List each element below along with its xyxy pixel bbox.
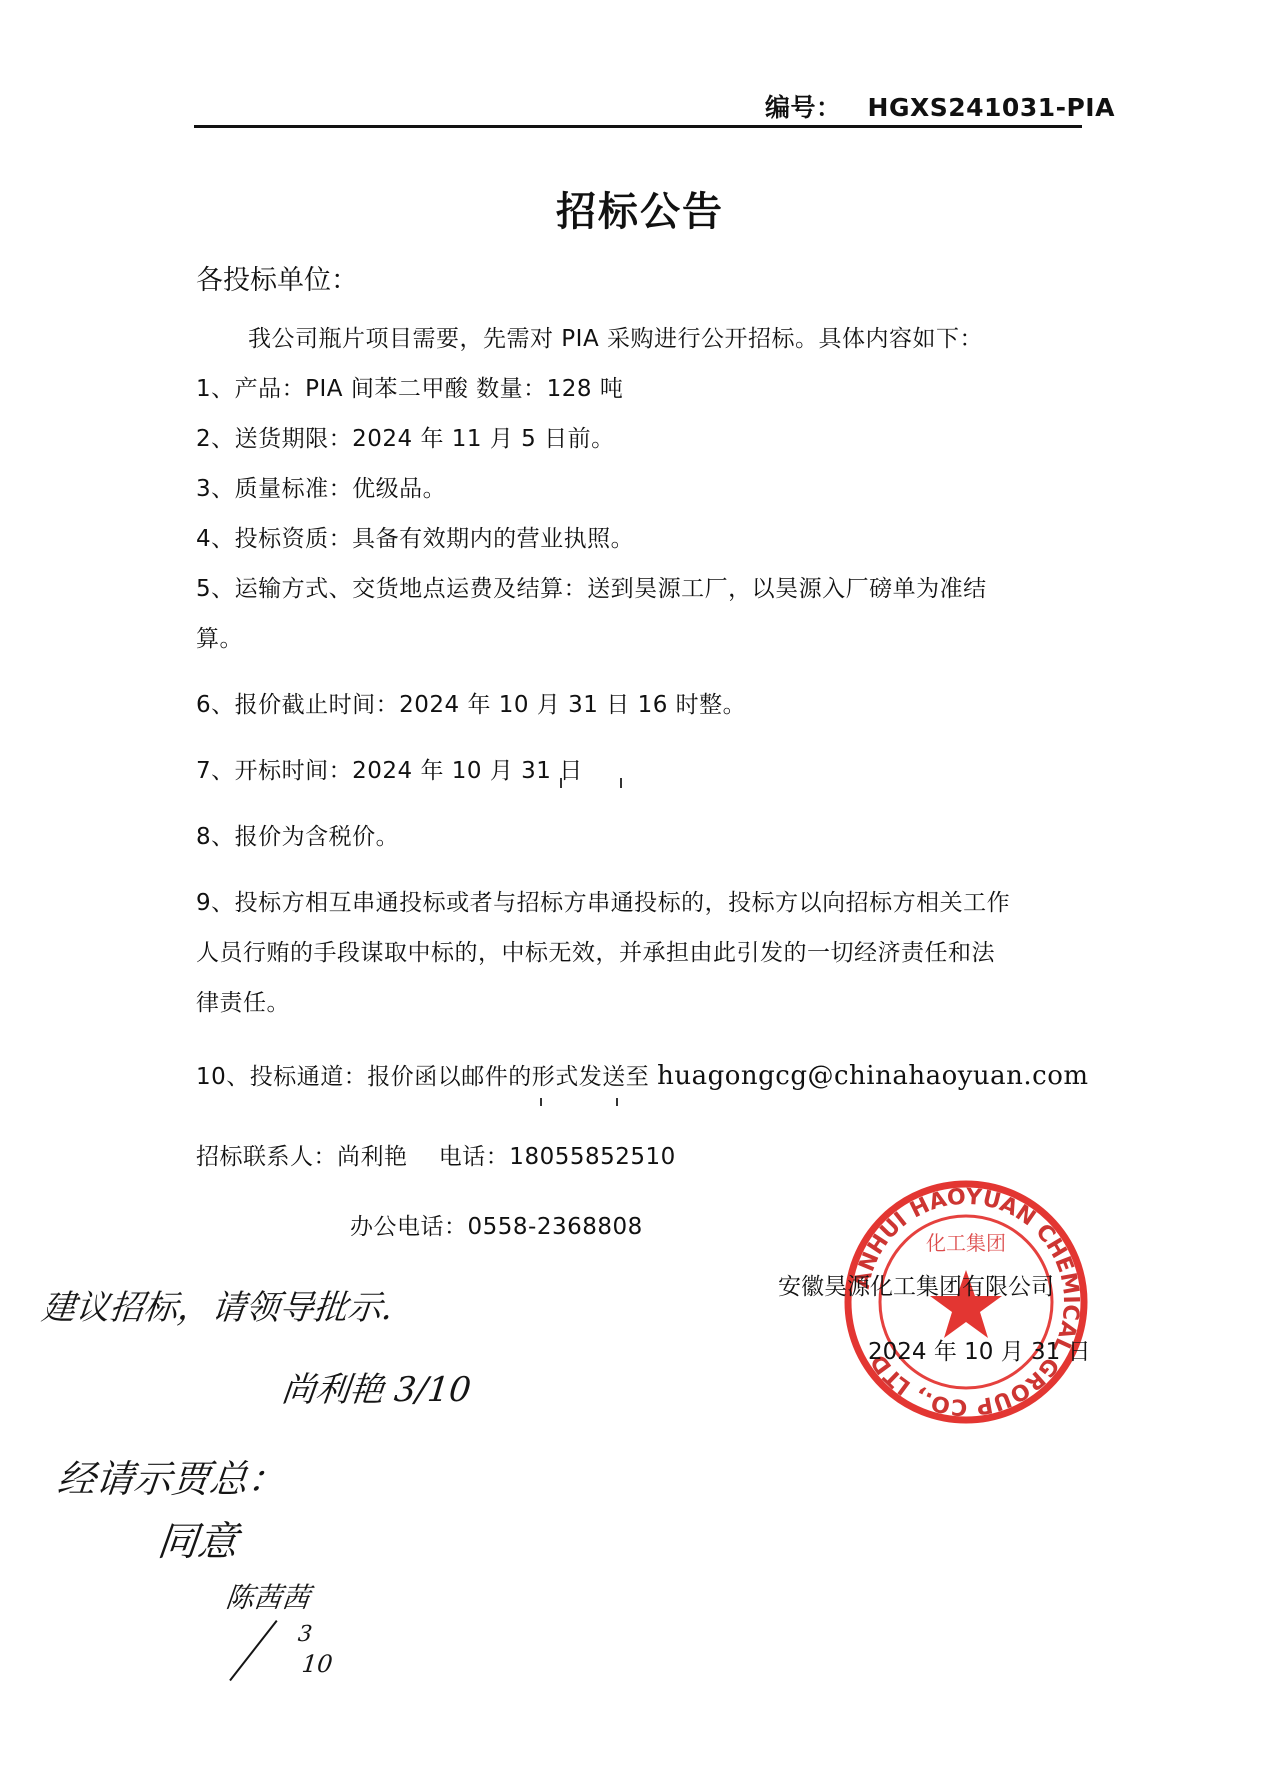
page-title: 招标公告 — [0, 180, 1280, 237]
handwritten-approval: 同意 — [155, 1510, 241, 1567]
handwritten-date-bottom: 10 — [301, 1650, 334, 1678]
item-7: 7、开标时间：2024 年 10 月 31 日 — [196, 752, 583, 785]
handwritten-date-slash — [229, 1620, 277, 1681]
handwritten-signature-1: 尚利艳 3/10 — [279, 1362, 473, 1411]
issuer-company: 安徽昊源化工集团有限公司 — [778, 1268, 1054, 1301]
item-9-continuation-2: 律责任。 — [196, 984, 290, 1017]
item-5-continuation: 算。 — [196, 620, 243, 653]
scan-mark — [560, 778, 562, 788]
item-9: 9、投标方相互串通投标或者与招标方串通投标的，投标方以向招标方相关工作 — [196, 884, 1010, 917]
item-4: 4、投标资质：具备有效期内的营业执照。 — [196, 520, 634, 553]
document-number: 编号：HGXS241031-PIA — [765, 88, 1115, 124]
handwritten-note-2: 经请示贾总： — [55, 1448, 289, 1503]
header-rule — [194, 125, 1082, 128]
handwritten-date-top: 3 — [297, 1622, 314, 1647]
document-number-label: 编号： — [765, 93, 842, 122]
item-9-continuation: 人员行贿的手段谋取中标的，中标无效，并承担由此引发的一切经济责任和法 — [196, 934, 995, 967]
salutation: 各投标单位： — [196, 258, 358, 297]
item-10-label: 10、投标通道：报价函以邮件的形式发送至 — [196, 1064, 657, 1090]
intro-paragraph: 我公司瓶片项目需要，先需对 PIA 采购进行公开招标。具体内容如下： — [248, 320, 983, 353]
company-seal-stamp: ANHUI HAOYUAN CHEMICAL GROUP CO., LTD 化工… — [842, 1178, 1090, 1426]
scan-mark — [616, 1098, 618, 1106]
svg-text:化工集团: 化工集团 — [926, 1231, 1006, 1255]
handwritten-note-1: 建议招标，请领导批示. — [39, 1280, 395, 1329]
contact-line: 招标联系人：尚利艳 电话：18055852510 — [196, 1138, 676, 1171]
item-3: 3、质量标准：优级品。 — [196, 470, 446, 503]
bid-email-link[interactable]: huagongcg@chinahaoyuan.com — [657, 1061, 1088, 1091]
scan-mark — [540, 1098, 542, 1106]
document-number-value: HGXS241031-PIA — [868, 93, 1115, 122]
scan-mark — [620, 778, 622, 788]
item-8: 8、报价为含税价。 — [196, 818, 399, 851]
item-5: 5、运输方式、交货地点运费及结算：送到昊源工厂，以昊源入厂磅单为准结 — [196, 570, 987, 603]
handwritten-signature-2: 陈茜茜 — [224, 1576, 312, 1616]
office-phone: 办公电话：0558-2368808 — [350, 1208, 643, 1241]
item-1: 1、产品：PIA 间苯二甲酸 数量：128 吨 — [196, 370, 623, 403]
item-10: 10、投标通道：报价函以邮件的形式发送至 huagongcg@chinahaoy… — [196, 1058, 1089, 1091]
item-2: 2、送货期限：2024 年 11 月 5 日前。 — [196, 420, 615, 453]
issue-date: 2024 年 10 月 31 日 — [868, 1333, 1091, 1366]
item-6: 6、报价截止时间：2024 年 10 月 31 日 16 时整。 — [196, 686, 746, 719]
